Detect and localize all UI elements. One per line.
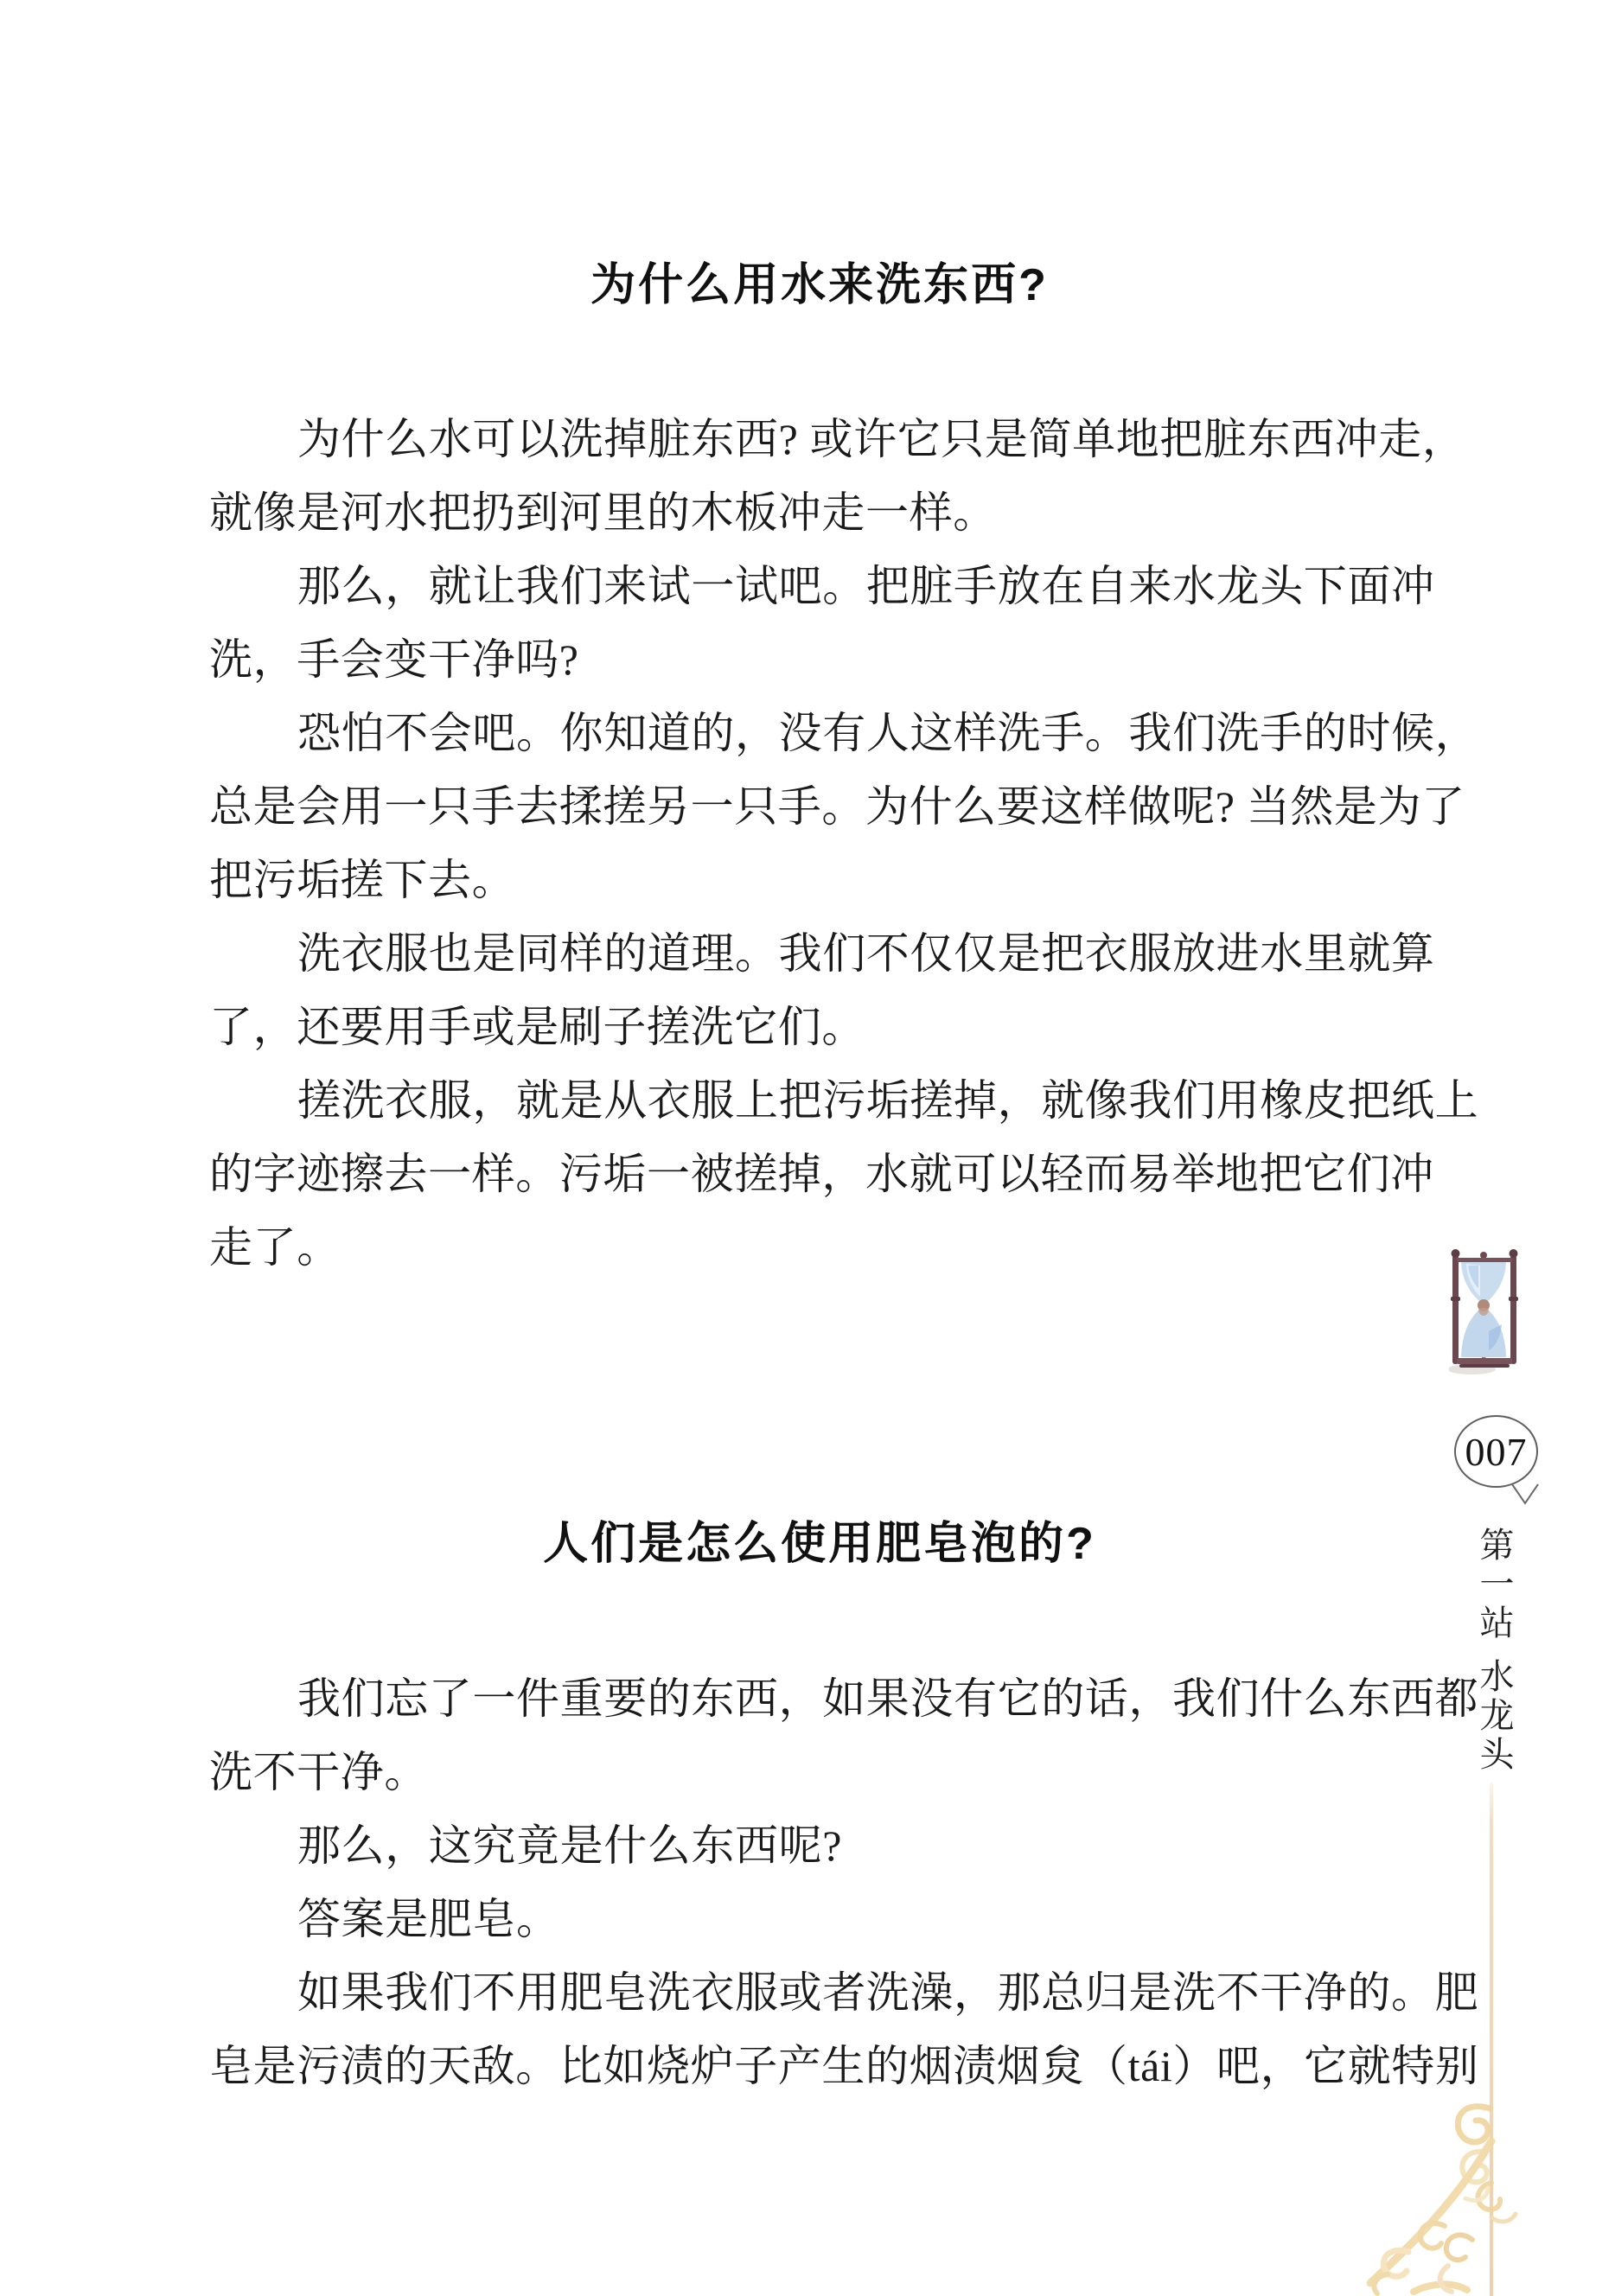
body-line: 搓洗衣服，就是从衣服上把污垢搓掉，就像我们用橡皮把纸上 bbox=[209, 1064, 1446, 1138]
page-number: 007 bbox=[1465, 1429, 1528, 1475]
body-line: 总是会用一只手去揉搓另一只手。为什么要这样做呢? 当然是为了 bbox=[209, 770, 1446, 844]
body-line: 把污垢搓下去。 bbox=[209, 844, 1446, 917]
book-page: 为什么用水来洗东西? 为什么水可以洗掉脏东西? 或许它只是简单地把脏东西冲走，就… bbox=[0, 0, 1615, 2296]
corner-flourish-icon bbox=[1362, 2096, 1522, 2296]
body-line: 我们忘了一件重要的东西，如果没有它的话，我们什么东西都 bbox=[209, 1662, 1446, 1736]
body-line: 走了。 bbox=[209, 1211, 1446, 1285]
body-line: 就像是河水把扔到河里的木板冲走一样。 bbox=[209, 476, 1446, 550]
body-line: 的字迹擦去一样。污垢一被搓掉，水就可以轻而易举地把它们冲 bbox=[209, 1138, 1446, 1211]
sidebar-station-label: 第一站 bbox=[1470, 1527, 1519, 1643]
page-number-badge: 007 bbox=[1454, 1415, 1538, 1488]
section-body-soap: 我们忘了一件重要的东西，如果没有它的话，我们什么东西都洗不干净。那么，这究竟是什… bbox=[209, 1662, 1446, 2103]
hourglass-icon bbox=[1449, 1247, 1520, 1381]
body-line: 洗，手会变干净吗? bbox=[209, 623, 1446, 697]
section-heading-water: 为什么用水来洗东西? bbox=[207, 259, 1432, 311]
body-line: 那么，就让我们来试一试吧。把脏手放在自来水龙头下面冲 bbox=[209, 550, 1446, 623]
body-line: 恐怕不会吧。你知道的，没有人这样洗手。我们洗手的时候， bbox=[209, 697, 1446, 770]
body-line: 那么，这究竟是什么东西呢? bbox=[209, 1809, 1446, 1883]
balloon-tail-icon bbox=[1510, 1482, 1544, 1512]
body-line: 皂是污渍的天敌。比如烧炉子产生的烟渍烟炱（tái）吧，它就特别 bbox=[209, 2030, 1446, 2103]
sidebar-chapter-label: 水龙头 bbox=[1470, 1658, 1519, 1775]
body-line: 了，还要用手或是刷子搓洗它们。 bbox=[209, 991, 1446, 1064]
body-line: 洗不干净。 bbox=[209, 1736, 1446, 1809]
section-heading-soap: 人们是怎么使用肥皂泡的? bbox=[207, 1518, 1432, 1570]
section-body-water: 为什么水可以洗掉脏东西? 或许它只是简单地把脏东西冲走，就像是河水把扔到河里的木… bbox=[209, 403, 1446, 1285]
body-line: 为什么水可以洗掉脏东西? 或许它只是简单地把脏东西冲走， bbox=[209, 403, 1446, 476]
body-line: 如果我们不用肥皂洗衣服或者洗澡，那总归是洗不干净的。肥 bbox=[209, 1956, 1446, 2030]
body-line: 答案是肥皂。 bbox=[209, 1883, 1446, 1956]
body-line: 洗衣服也是同样的道理。我们不仅仅是把衣服放进水里就算 bbox=[209, 917, 1446, 991]
